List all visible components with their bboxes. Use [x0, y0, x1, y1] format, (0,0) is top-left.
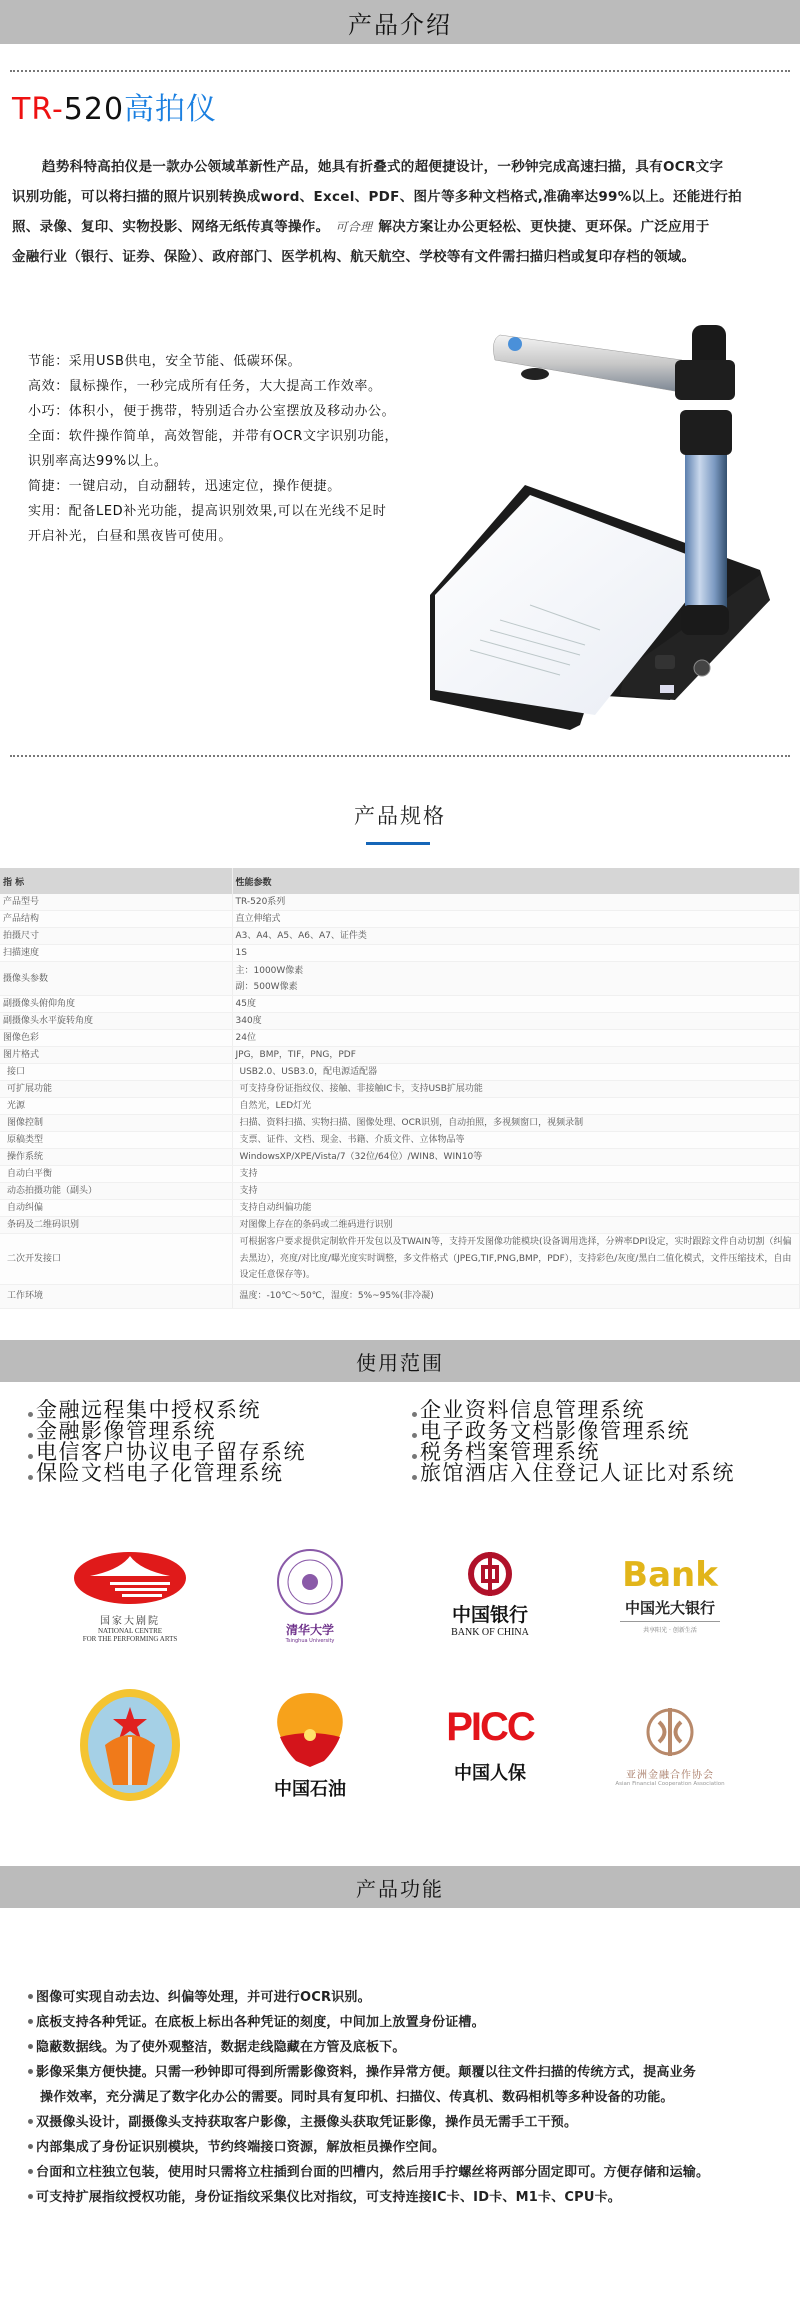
scope-list-left: 金融远程集中授权系统 金融影像管理系统 电信客户协议电子留存系统 保险文档电子化… [28, 1400, 306, 1484]
table-row: 动态拍摄功能（副头）支持 [0, 1183, 800, 1200]
bullet-icon [28, 2119, 33, 2124]
bullet-icon [28, 1454, 33, 1459]
list-item: 图像可实现自动去边、纠偏等处理，并可进行OCR识别。 [28, 1985, 798, 2010]
client-logos-row-1: 国家大剧院 NATIONAL CENTRE FOR THE PERFORMING… [40, 1530, 760, 1660]
bullet-icon [28, 1433, 33, 1438]
bullet-icon [28, 2144, 33, 2149]
table-row: 图片格式JPG，BMP，TIF，PNG，PDF [0, 1047, 800, 1064]
section-title: 使用范围 [356, 1347, 444, 1376]
table-row: 图像色彩24位 [0, 1030, 800, 1047]
column-header: 性能参数 [232, 868, 800, 894]
section-band-scope: 使用范围 [0, 1340, 800, 1382]
section-title: 产品介绍 [348, 5, 452, 40]
function-list: 图像可实现自动去边、纠偏等处理，并可进行OCR识别。 底板支持各种凭证。在底板上… [28, 1985, 798, 2210]
section-band-intro: 产品介绍 [0, 0, 800, 44]
list-item: 保险文档电子化管理系统 [28, 1463, 306, 1484]
feature-item: 识别率高达99%以上。 [28, 449, 438, 474]
table-row: 副摄像头水平旋转角度340度 [0, 1013, 800, 1030]
product-image [430, 300, 800, 730]
table-row: 产品结构直立伸缩式 [0, 911, 800, 928]
afca-logo-icon [645, 1704, 695, 1760]
table-row: 扫描速度1S [0, 945, 800, 962]
list-item: 台面和立柱独立包装，使用时只需将立柱插到台面的凹槽内，然后用手拧螺丝将两部分固定… [28, 2160, 798, 2185]
list-item: 电子政务文档影像管理系统 [412, 1421, 735, 1442]
logo-china-everbright-bank: Bank 中国光大银行 共享阳光 · 创新生活 [590, 1530, 750, 1660]
table-row: 接口USB2.0、USB3.0，配电源适配器 [0, 1064, 800, 1081]
bank-mark: Bank [622, 1555, 718, 1595]
table-row: 图像控制扫描、资料扫描、实物扫描、图像处理、OCR识别，自动拍照，多视频窗口，视… [0, 1115, 800, 1132]
logo-bank-of-china: 中国银行 BANK OF CHINA [410, 1530, 570, 1660]
table-row: 原稿类型支票、证件、文档、现金、书籍、介质文件、立体物品等 [0, 1132, 800, 1149]
table-row: 操作系统WindowsXP/XPE/Vista/7（32位/64位）/WIN8、… [0, 1149, 800, 1166]
boc-logo-icon [468, 1552, 512, 1596]
bullet-icon [28, 2069, 33, 2074]
scope-list-right: 企业资料信息管理系统 电子政务文档影像管理系统 税务档案管理系统 旅馆酒店入住登… [412, 1400, 735, 1484]
table-row: 二次开发接口可根据客户要求提供定制软件开发包以及TWAIN等，支持开发图像功能模… [0, 1234, 800, 1285]
dotted-divider [10, 70, 790, 72]
feature-item: 高效：鼠标操作，一秒完成所有任务，大大提高工作效率。 [28, 374, 438, 399]
feature-item: 实用：配备LED补光功能，提高识别效果,可以在光线不足时 [28, 499, 438, 524]
petrochina-logo-icon [270, 1689, 350, 1769]
feature-item: 开启补光，白昼和黑夜皆可使用。 [28, 524, 438, 549]
table-row: 拍摄尺寸A3、A4、A5、A6、A7、证件类 [0, 928, 800, 945]
list-item: 企业资料信息管理系统 [412, 1400, 735, 1421]
section-title: 产品功能 [356, 1873, 444, 1902]
list-item: 可支持扩展指纹授权功能，身份证指纹采集仪比对指纹，可支持连接IC卡、ID卡、M1… [28, 2185, 798, 2210]
logo-picc: PICC 中国人保 [410, 1680, 570, 1810]
table-row: 光源自然光，LED灯光 [0, 1098, 800, 1115]
list-item: 隐蔽数据线。为了使外观整洁，数据走线隐藏在方管及底板下。 [28, 2035, 798, 2060]
table-row: 自动纠偏支持自动纠偏功能 [0, 1200, 800, 1217]
bullet-icon [28, 1994, 33, 1999]
feature-item: 全面：软件操作简单，高效智能，并带有OCR文字识别功能， [28, 424, 438, 449]
logo-asian-financial-cooperation-association: 亚洲金融合作协会 Asian Financial Cooperation Ass… [590, 1680, 750, 1810]
table-row: 摄像头参数主：1000W像素副：500W像素 [0, 962, 800, 996]
document-camera-illustration [430, 300, 800, 730]
bullet-icon [412, 1433, 417, 1438]
table-row: 条码及二维码识别对图像上存在的条码或二维码进行识别 [0, 1217, 800, 1234]
feature-item: 节能：采用USB供电，安全节能、低碳环保。 [28, 349, 438, 374]
section-band-functions: 产品功能 [0, 1866, 800, 1908]
bullet-icon [28, 1475, 33, 1480]
signature: 可合理 [329, 220, 378, 234]
product-title: TR-520高拍仪 [12, 84, 217, 128]
feature-item: 小巧：体积小，便于携带，特别适合办公室摆放及移动办公。 [28, 399, 438, 424]
title-underline [366, 842, 430, 845]
table-row: 产品型号TR-520系列 [0, 894, 800, 911]
bullet-icon [28, 2019, 33, 2024]
list-item-continuation: 操作效率，充分满足了数字化办公的需要。同时具有复印机、扫描仪、传真机、数码相机等… [28, 2085, 798, 2110]
bullet-icon [28, 2194, 33, 2199]
pla-hospital-emblem-icon [75, 1685, 185, 1805]
logo-national-centre-performing-arts: 国家大剧院 NATIONAL CENTRE FOR THE PERFORMING… [50, 1530, 210, 1660]
table-row: 副摄像头俯仰角度45度 [0, 996, 800, 1013]
ncpa-logo-icon [70, 1548, 190, 1608]
list-item: 底板支持各种凭证。在底板上标出各种凭证的刻度，中间加上放置身份证槽。 [28, 2010, 798, 2035]
table-row: 自动白平衡支持 [0, 1166, 800, 1183]
spec-section-title: 产品规格 [0, 800, 800, 830]
feature-list: 节能：采用USB供电，安全节能、低碳环保。 高效：鼠标操作，一秒完成所有任务，大… [28, 349, 438, 549]
logo-petrochina: 中国石油 [230, 1680, 390, 1810]
spec-table: 指 标 性能参数 产品型号TR-520系列 产品结构直立伸缩式 拍摄尺寸A3、A… [0, 868, 800, 1309]
list-item: 双摄像头设计，副摄像头支持获取客户影像，主摄像头获取凭证影像，操作员无需手工干预… [28, 2110, 798, 2135]
list-item: 内部集成了身份证识别模块，节约终端接口资源，解放柜员操作空间。 [28, 2135, 798, 2160]
list-item: 税务档案管理系统 [412, 1442, 735, 1463]
list-item: 影像采集方便快捷。只需一秒钟即可得到所需影像资料，操作异常方便。颠覆以往文件扫描… [28, 2060, 798, 2085]
table-row: 工作环境温度：-10℃～50℃，湿度：5%~95%(非冷凝) [0, 1284, 800, 1308]
bullet-icon [412, 1454, 417, 1459]
bullet-icon [412, 1412, 417, 1417]
list-item: 电信客户协议电子留存系统 [28, 1442, 306, 1463]
bullet-icon [412, 1475, 417, 1480]
intro-paragraph: 趋势科特高拍仪是一款办公领域革新性产品，她具有折叠式的超便捷设计，一秒钟完成高速… [12, 152, 792, 272]
client-logos-row-2: 中国石油 PICC 中国人保 亚洲金融合作协会 Asian Financial … [40, 1680, 760, 1810]
feature-item: 简捷：一键启动，自动翻转，迅速定位，操作便捷。 [28, 474, 438, 499]
bullet-icon [28, 2169, 33, 2174]
bullet-icon [28, 1412, 33, 1417]
list-item: 金融影像管理系统 [28, 1421, 306, 1442]
column-header: 指 标 [0, 868, 232, 894]
logo-tsinghua-university: 清华大学 Tsinghua University [230, 1530, 390, 1660]
list-item: 金融远程集中授权系统 [28, 1400, 306, 1421]
dotted-divider [10, 755, 790, 757]
list-item: 旅馆酒店入住登记人证比对系统 [412, 1463, 735, 1484]
tsinghua-seal-icon [275, 1547, 345, 1617]
logo-pla-general-hospital [50, 1680, 210, 1810]
bullet-icon [28, 2044, 33, 2049]
table-row: 可扩展功能可支持身份证指纹仪、接触、非接触IC卡，支持USB扩展功能 [0, 1081, 800, 1098]
